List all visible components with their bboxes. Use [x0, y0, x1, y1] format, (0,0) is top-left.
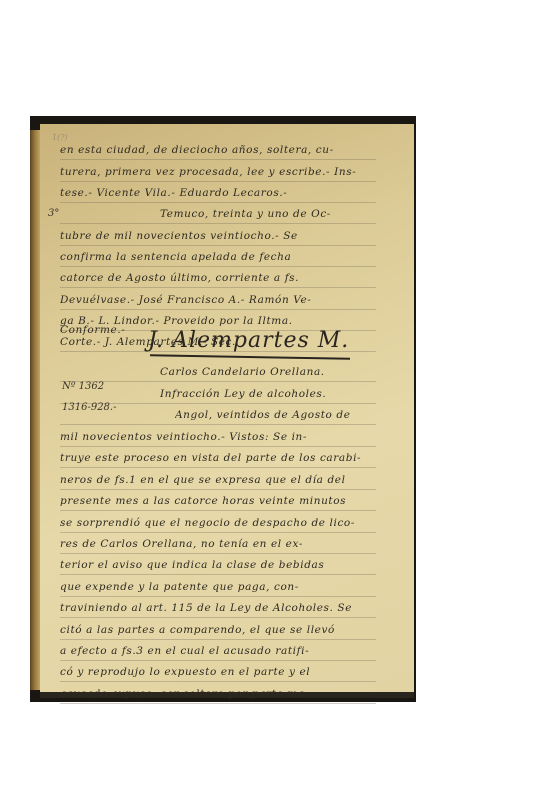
- case-reference: 1316-928.-: [62, 402, 116, 413]
- signature: J. Alempartes M.: [148, 328, 349, 353]
- ruled-line: [60, 703, 376, 704]
- entry-number: 3°: [48, 208, 59, 219]
- case-number: Nº 1362: [62, 381, 104, 392]
- book-spine: [30, 130, 40, 690]
